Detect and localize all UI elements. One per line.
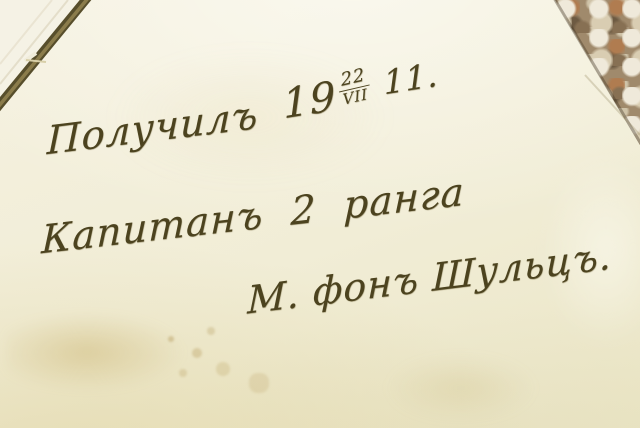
binding-fray-gap [25, 53, 36, 61]
date-year-suffix: 11. [383, 58, 440, 100]
stacked-page-line [0, 0, 52, 64]
carpet-texture-corner [490, 0, 640, 150]
binding-fray-thread [26, 60, 46, 62]
handwriting-received-word: Получилъ [46, 93, 258, 164]
photo-of-book-flyleaf: Получилъ 19 22 VII 11. Капитанъ 2 ранга … [0, 0, 640, 428]
page-fore-edges [0, 0, 90, 112]
foxing-freckles [168, 336, 174, 342]
foxing-stain-faint [386, 356, 536, 420]
binding-cord-highlight [0, 0, 89, 107]
date-century: 19 [282, 76, 338, 126]
handwriting-signature: М. фонъ Шульцъ. [247, 233, 612, 322]
handwriting-date: 19 22 VII 11. [282, 60, 440, 126]
handwriting-rank-line: Капитанъ 2 ранга [41, 170, 466, 264]
foxing-stain-large [6, 312, 186, 392]
binding-cord [0, 0, 88, 109]
stacked-page-line [0, 0, 68, 84]
date-fraction: 22 VII [337, 66, 372, 110]
date-month-roman: VII [342, 86, 369, 109]
